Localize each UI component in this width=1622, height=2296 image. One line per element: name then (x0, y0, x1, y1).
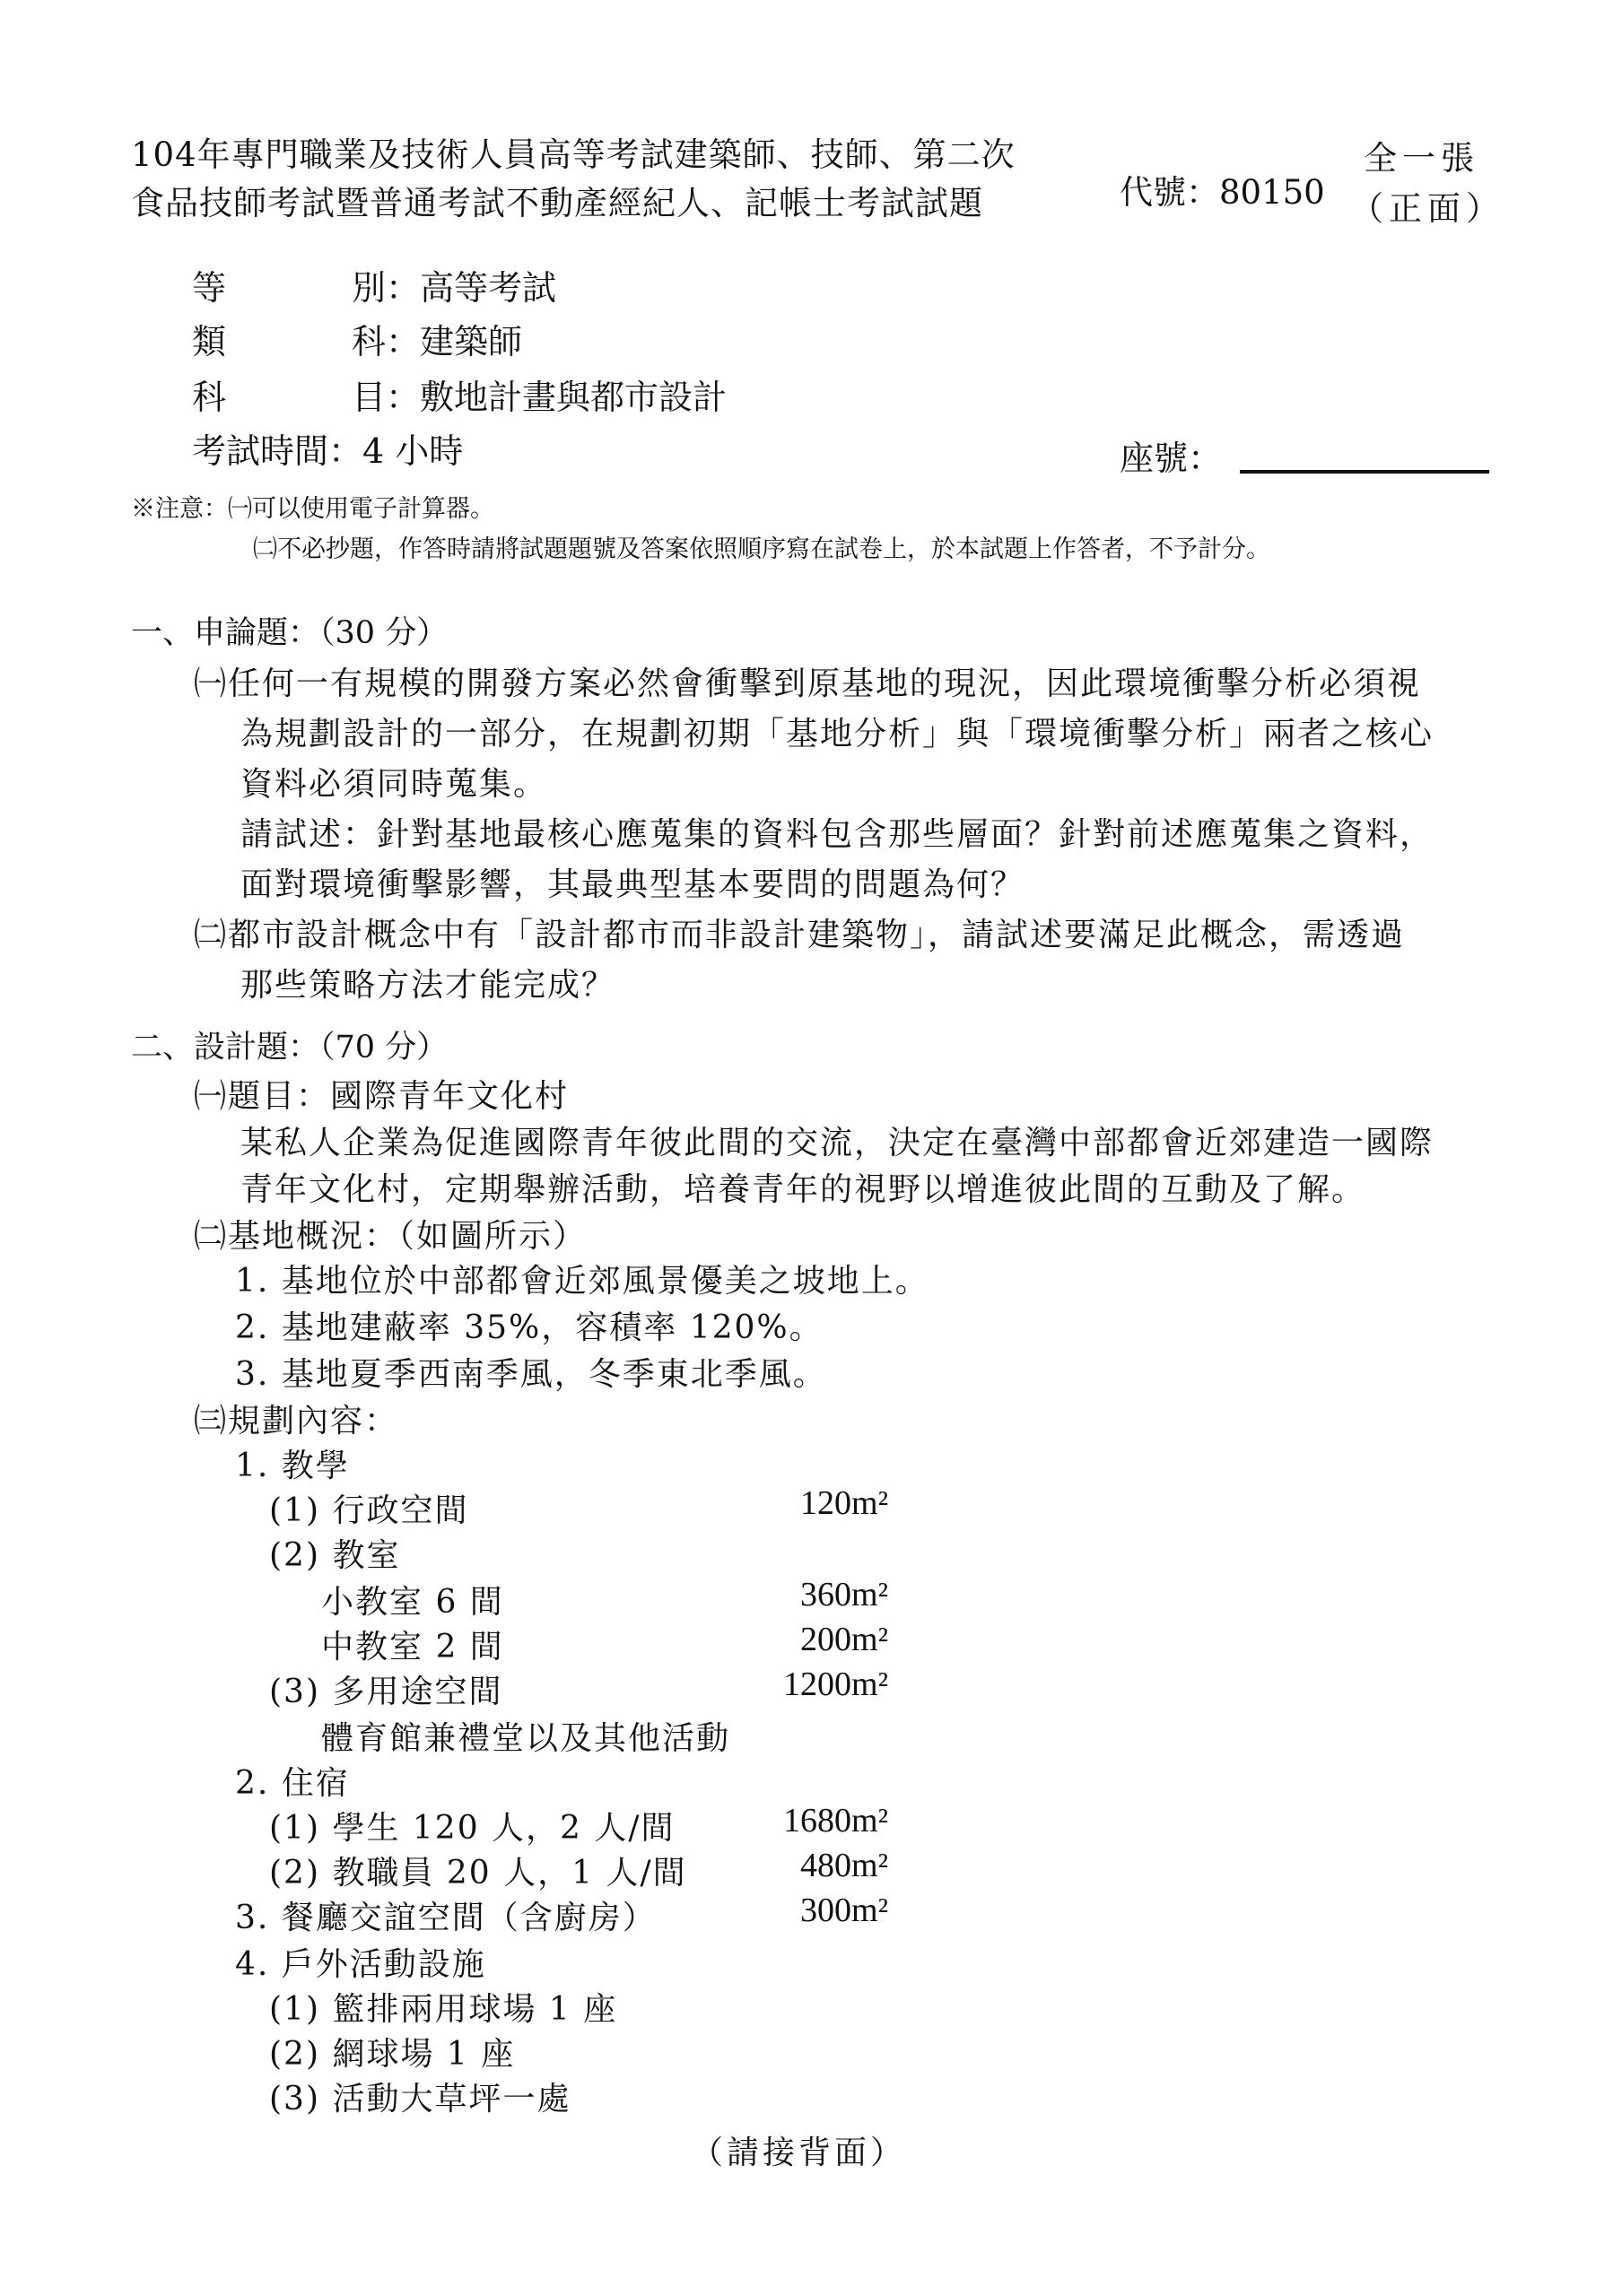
meta-category-label-b: 科： (352, 322, 420, 361)
meta-subject-label-b: 目： (352, 378, 420, 417)
seat-number-label: 座號： (1120, 430, 1222, 480)
site-item: 3. 基地夏季西南季風，冬季東北季風。 (235, 1349, 827, 1395)
program-mid-room: 中教室 2 間 (321, 1622, 504, 1667)
meta-subject-value: 敷地計畫與都市設計 (420, 378, 727, 417)
program-multi-area: 1200m² (709, 1665, 888, 1704)
program-students-area: 1680m² (709, 1801, 888, 1840)
program-multi-desc: 體育館兼禮堂以及其他活動 (321, 1713, 730, 1759)
program-admin-area: 120m² (709, 1483, 888, 1523)
program-staff-area: 480m² (709, 1846, 888, 1885)
program-classroom: (2) 教室 (269, 1530, 400, 1576)
program-teaching: 1. 教學 (235, 1440, 350, 1486)
section2-heading: 二、設計題：（70 分） (131, 1022, 448, 1067)
meta-subject: 科目：敷地計畫與都市設計 (192, 370, 727, 419)
program-dining-area: 300m² (709, 1891, 888, 1930)
q1-line5: 面對環境衝擊影響，其最典型基本要問的問題為何？ (240, 859, 1025, 905)
program-mid-room-area: 200m² (709, 1620, 888, 1659)
program-small-room-area: 360m² (709, 1575, 888, 1614)
meta-category-label-a: 類 (192, 322, 226, 361)
q1-line4: 請試述：針對基地最核心應蒐集的資料包含那些層面？針對前述應蒐集之資料， (240, 809, 1434, 855)
program-staff: (2) 教職員 20 人，1 人/間 (269, 1848, 687, 1893)
meta-grade-label-b: 別： (352, 268, 420, 308)
design-desc-line1: 某私人企業為促進國際青年彼此間的交流，決定在臺灣中部都會近郊建造一國際 (240, 1118, 1434, 1163)
sheet-count: 全一張 (1364, 135, 1479, 183)
site-item: 2. 基地建蔽率 35%，容積率 120%。 (235, 1302, 824, 1348)
meta-grade-label-a: 等 (192, 268, 226, 308)
sheet-side: （正面） (1350, 185, 1504, 233)
program-outdoor: 4. 戶外活動設施 (235, 1939, 486, 1985)
meta-subject-label-a: 科 (192, 378, 226, 417)
q1-line3: 資料必須同時蒐集。 (240, 759, 547, 804)
meta-category-value: 建築師 (420, 322, 522, 361)
note-2: ㈡不必抄題，作答時請將試題題號及答案依照順序寫在試卷上，於本試題上作答者，不予計… (253, 529, 1270, 564)
site-heading: ㈡基地概況：（如圖所示） (194, 1211, 587, 1257)
program-students: (1) 學生 120 人，2 人/間 (269, 1803, 676, 1848)
meta-time-value: 4 小時 (362, 431, 463, 471)
seat-number-blank[interactable] (1240, 470, 1489, 474)
site-item: 1. 基地位於中部都會近郊風景優美之坡地上。 (235, 1256, 929, 1301)
q2-line1: ㈡都市設計概念中有「設計都市而非設計建築物」，請試述要滿足此概念，需透過 (194, 909, 1405, 955)
meta-time-label: 考試時間： (192, 431, 362, 471)
meta-grade: 等別：高等考試 (192, 260, 556, 309)
program-housing: 2. 住宿 (235, 1758, 350, 1804)
program-multi: (3) 多用途空間 (269, 1666, 502, 1712)
q1-line1: ㈠任何一有規模的開發方案必然會衝擊到原基地的現況，因此環境衝擊分析必須視 (194, 658, 1421, 704)
exam-title-line1: 104年專門職業及技術人員高等考試建築師、技師、第二次 (131, 131, 1016, 179)
program-admin: (1) 行政空間 (269, 1485, 468, 1531)
plan-heading: ㈢規劃內容： (194, 1396, 398, 1441)
q1-line2: 為規劃設計的一部分，在規劃初期「基地分析」與「環境衝擊分析」兩者之核心 (240, 709, 1434, 754)
meta-time: 考試時間：4 小時 (192, 423, 463, 473)
design-desc-line2: 青年文化村，定期舉辦活動，培養青年的視野以增進彼此間的互動及了解。 (240, 1164, 1365, 1210)
design-topic: ㈠題目：國際青年文化村 (194, 1071, 569, 1117)
program-lawn: (3) 活動大草坪一處 (269, 2074, 571, 2119)
meta-grade-value: 高等考試 (420, 268, 556, 308)
q2-line2: 那些策略方法才能完成？ (240, 960, 615, 1005)
meta-category: 類科：建築師 (192, 314, 522, 363)
continue-notice: （請接背面） (691, 2127, 906, 2173)
program-tennis: (2) 網球場 1 座 (269, 2029, 515, 2074)
program-small-room: 小教室 6 間 (321, 1577, 504, 1622)
program-dining: 3. 餐廳交誼空間（含廚房） (235, 1892, 657, 1938)
program-court: (1) 籃排兩用球場 1 座 (269, 1984, 617, 2030)
section1-heading: 一、申論題：（30 分） (131, 608, 448, 653)
note-1: ※注意：㈠可以使用電子計算器。 (131, 489, 494, 524)
exam-title-line2: 食品技師考試暨普通考試不動產經紀人、記帳士考試試題 (131, 179, 983, 228)
exam-code: 代號：80150 (1120, 165, 1325, 213)
